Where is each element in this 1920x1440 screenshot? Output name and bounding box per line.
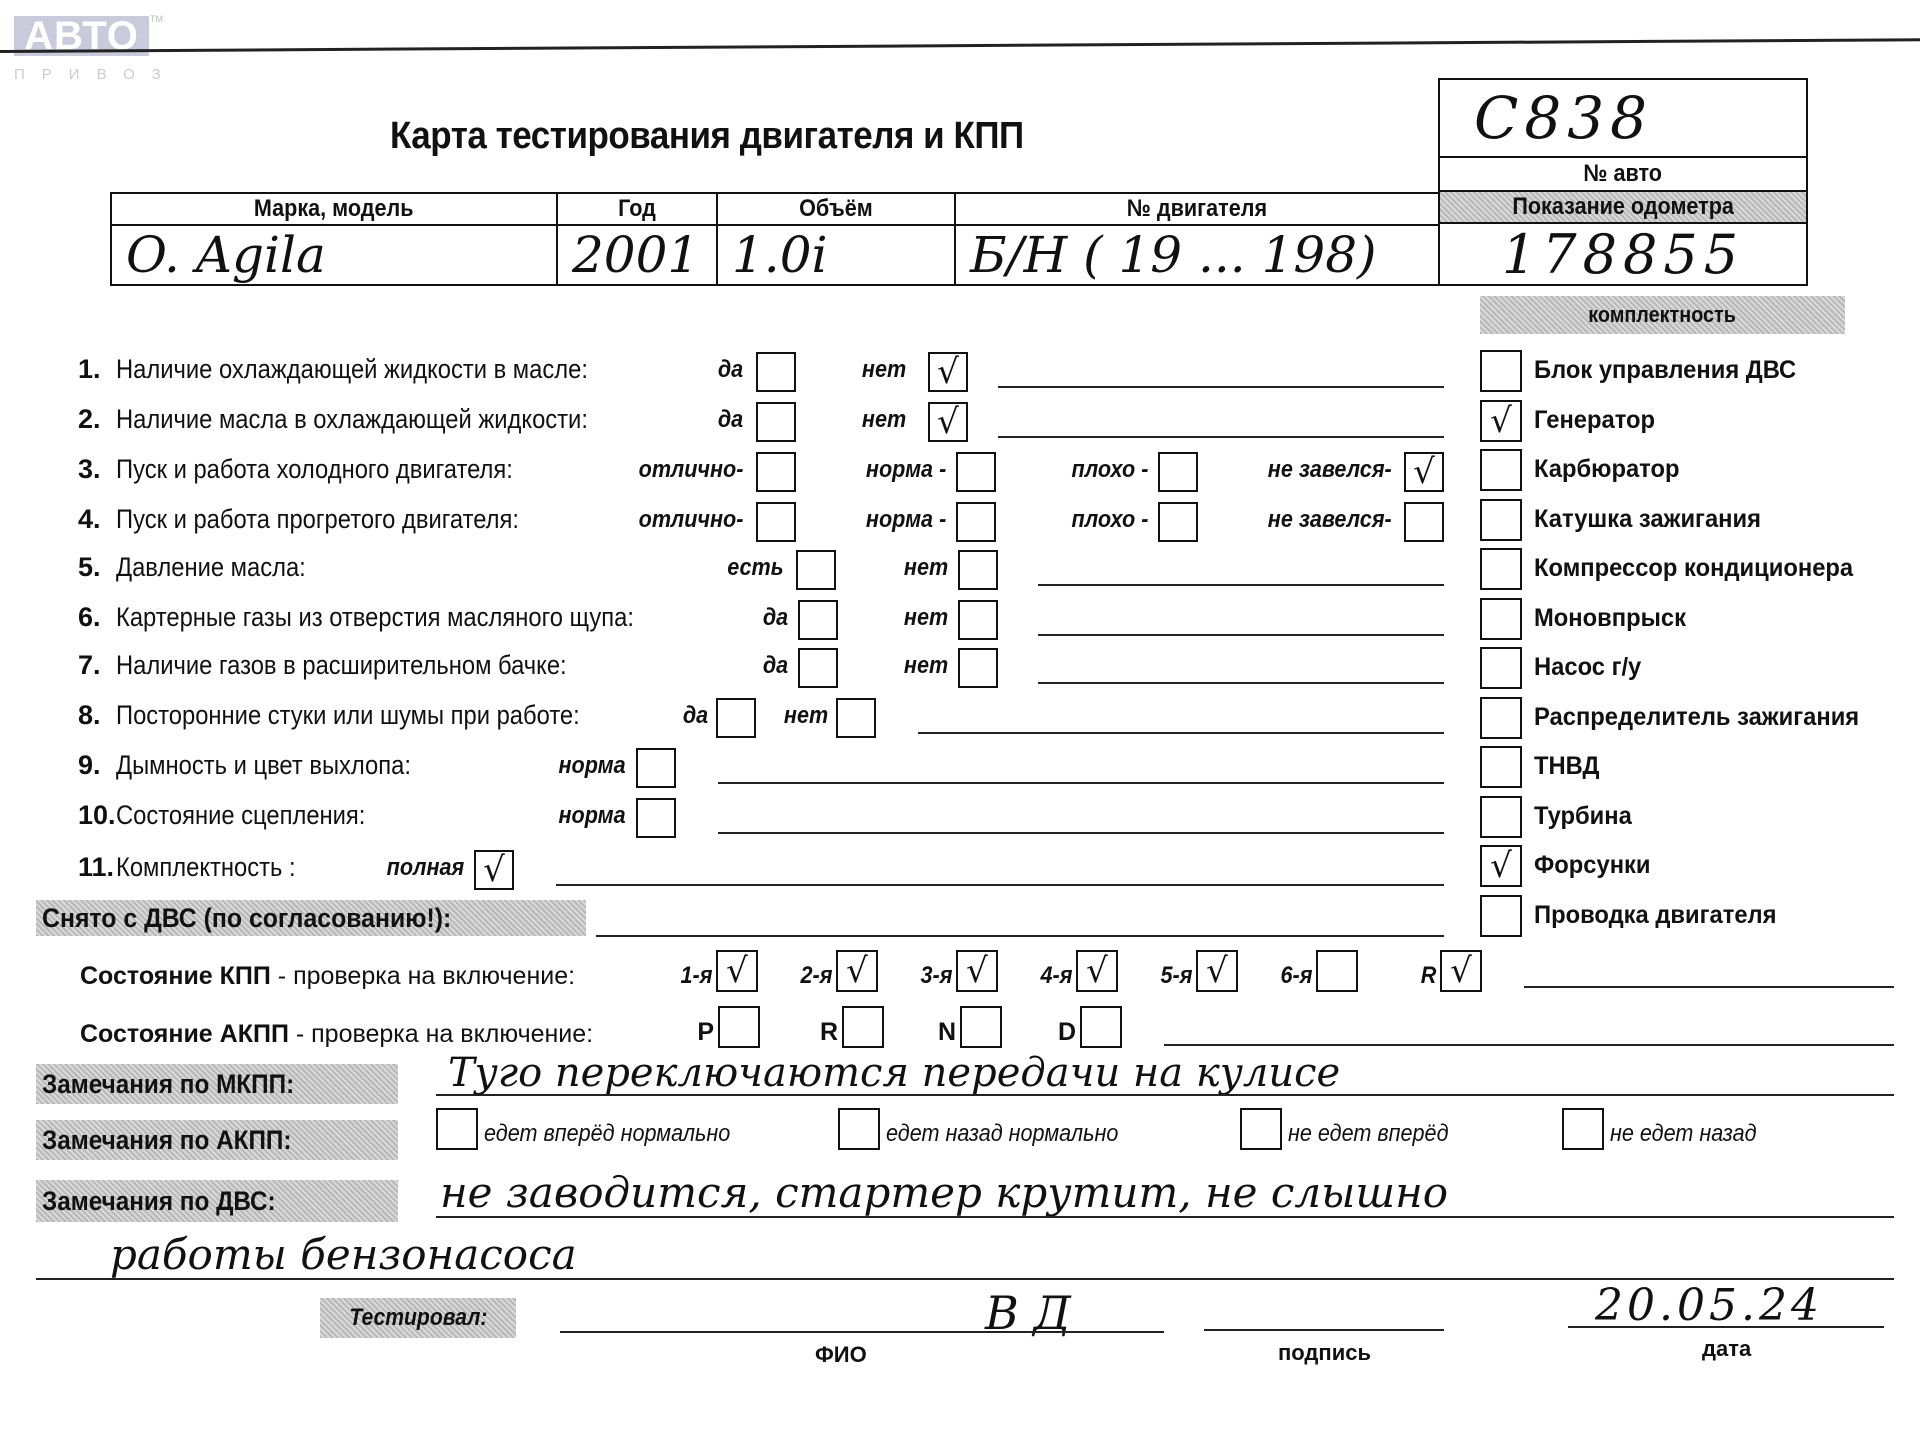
question-number: 10.: [78, 800, 116, 831]
option-label: да: [718, 406, 743, 434]
completeness-checkbox[interactable]: [1480, 746, 1522, 788]
completeness-item-label: Проводка двигателя: [1534, 901, 1777, 930]
auto-remark-label: едет назад нормально: [886, 1120, 1118, 1148]
tester-name-caption: ФИО: [815, 1342, 867, 1368]
remarks-auto-label: Замечания по АКПП:: [42, 1125, 291, 1156]
auto-gearbox-label: Состояние АКПП - проверка на включение:: [80, 1020, 593, 1049]
option-label: нет: [862, 406, 906, 434]
removed-parts-field[interactable]: [596, 935, 1444, 937]
check-mark-icon: √: [1490, 849, 1512, 883]
table-header-label: Марка, модель: [254, 195, 414, 223]
completeness-item-label: Насос г/у: [1534, 653, 1641, 682]
completeness-item-label: Карбюратор: [1534, 455, 1680, 484]
completeness-item-label: Генератор: [1534, 406, 1655, 435]
option-checkbox[interactable]: [756, 452, 796, 492]
auto-mode-checkbox[interactable]: [718, 1006, 760, 1048]
question-text: Посторонние стуки или шумы при работе:: [116, 700, 580, 731]
notes-field[interactable]: [998, 386, 1444, 388]
test-date-value[interactable]: 20.05.24: [1595, 1280, 1823, 1331]
question-number: 7.: [78, 650, 101, 681]
option-checkbox[interactable]: [756, 352, 796, 392]
table-header-cell: Марка, модель: [110, 192, 558, 226]
tester-name-field: [560, 1331, 1164, 1333]
check-mark-icon: √: [1086, 954, 1108, 988]
odometer-header-cell: Показание одометра: [1438, 190, 1808, 224]
notes-field[interactable]: [1038, 584, 1444, 586]
gear-checkbox[interactable]: √: [1196, 950, 1238, 992]
option-checkbox[interactable]: [636, 748, 676, 788]
check-mark-icon: √: [937, 405, 959, 439]
gear-checkbox[interactable]: √: [836, 950, 878, 992]
notes-field[interactable]: [718, 832, 1444, 834]
option-checkbox[interactable]: [958, 550, 998, 590]
gear-label: 1-я: [680, 962, 712, 990]
check-mark-icon: √: [1206, 954, 1228, 988]
top-divider: [0, 38, 1920, 53]
completeness-title: комплектность: [1589, 302, 1737, 328]
gear-checkbox[interactable]: √: [1440, 950, 1482, 992]
gear-checkbox[interactable]: [1316, 950, 1358, 992]
option-checkbox[interactable]: [956, 502, 996, 542]
auto-mode-checkbox[interactable]: [1080, 1006, 1122, 1048]
gear-checkbox[interactable]: √: [956, 950, 998, 992]
manual-gearbox-label-bold: Состояние КПП: [80, 962, 271, 990]
table-header-cell: № двигателя: [954, 192, 1440, 226]
auto-gearbox-label-bold: Состояние АКПП: [80, 1020, 289, 1048]
option-label: нет: [904, 652, 948, 680]
option-checkbox[interactable]: [956, 452, 996, 492]
test-date-caption: дата: [1702, 1336, 1751, 1362]
auto-remark-label: не едет назад: [1610, 1120, 1757, 1148]
option-label: норма: [559, 752, 626, 780]
notes-field[interactable]: [556, 884, 1444, 886]
option-checkbox[interactable]: [1158, 452, 1198, 492]
remarks-engine-line1[interactable]: не заводится, стартер крутит, не слышно: [440, 1168, 1448, 1217]
check-mark-icon: √: [726, 954, 748, 988]
completeness-checkbox[interactable]: √: [1480, 845, 1522, 887]
manual-gearbox-notes-field[interactable]: [1524, 986, 1894, 988]
car-number-cell: C838: [1438, 78, 1808, 158]
option-checkbox[interactable]: [1158, 502, 1198, 542]
question-text: Пуск и работа холодного двигателя:: [116, 454, 513, 485]
option-label: нет: [784, 702, 828, 730]
remarks-auto-label-box: Замечания по АКПП:: [36, 1120, 398, 1160]
remarks-manual-underline: [436, 1094, 1894, 1096]
completeness-checkbox[interactable]: [1480, 548, 1522, 590]
table-value-cell[interactable]: Б/Н ( 19 ... 198): [954, 224, 1440, 286]
option-label: да: [683, 702, 708, 730]
auto-remark-checkbox[interactable]: [1562, 1108, 1604, 1150]
remarks-manual-label: Замечания по МКПП:: [42, 1069, 294, 1100]
question-number: 5.: [78, 552, 101, 583]
auto-gearbox-label-rest: - проверка на включение:: [289, 1020, 593, 1048]
table-header-label: Объём: [799, 195, 873, 223]
option-checkbox[interactable]: [836, 698, 876, 738]
option-label: плохо -: [1071, 506, 1148, 534]
auto-mode-checkbox[interactable]: [842, 1006, 884, 1048]
auto-remark-label: едет вперёд нормально: [484, 1120, 730, 1148]
completeness-item-label: Форсунки: [1534, 851, 1651, 880]
option-checkbox[interactable]: [636, 798, 676, 838]
question-text: Картерные газы из отверстия масляного щу…: [116, 602, 634, 633]
gear-checkbox[interactable]: √: [716, 950, 758, 992]
completeness-checkbox[interactable]: √: [1480, 400, 1522, 442]
question-text: Комплектность :: [116, 852, 296, 883]
option-checkbox[interactable]: [756, 502, 796, 542]
option-label: не завелся-: [1268, 506, 1392, 534]
car-number-label-cell: № авто: [1438, 156, 1808, 192]
option-checkbox[interactable]: √: [474, 850, 514, 890]
question-text: Наличие масла в охлаждающей жидкости:: [116, 404, 588, 435]
option-label: норма: [559, 802, 626, 830]
completeness-checkbox[interactable]: [1480, 598, 1522, 640]
option-checkbox[interactable]: [958, 600, 998, 640]
check-mark-icon: √: [966, 954, 988, 988]
manual-gearbox-label: Состояние КПП - проверка на включение:: [80, 962, 575, 991]
auto-mode-label: D: [1058, 1018, 1076, 1047]
option-label: отлично-: [638, 456, 743, 484]
auto-gearbox-notes-field[interactable]: [1164, 1044, 1894, 1046]
remarks-engine-line2[interactable]: работы бензонасоса: [110, 1230, 577, 1279]
tester-signature-field: [1204, 1329, 1444, 1331]
trademark-mark: TM: [150, 14, 163, 24]
question-text: Наличие охлаждающей жидкости в масле:: [116, 354, 588, 385]
question-text: Пуск и работа прогретого двигателя:: [116, 504, 519, 535]
page-title: Карта тестирования двигателя и КПП: [390, 115, 1024, 158]
option-label: норма -: [866, 456, 946, 484]
question-number: 3.: [78, 454, 101, 485]
auto-remark-checkbox[interactable]: [436, 1108, 478, 1150]
remarks-manual-value[interactable]: Туго переключаются передачи на кулисе: [448, 1050, 1340, 1096]
option-label: да: [763, 652, 788, 680]
tester-signature-caption: подпись: [1278, 1340, 1371, 1366]
odometer-value-cell: 178855: [1438, 222, 1808, 286]
option-label: норма -: [866, 506, 946, 534]
question-number: 8.: [78, 700, 101, 731]
completeness-checkbox[interactable]: [1480, 350, 1522, 392]
remarks-engine-underline-1: [436, 1216, 1894, 1218]
option-checkbox[interactable]: [798, 648, 838, 688]
remarks-engine-label: Замечания по ДВС:: [42, 1186, 276, 1217]
notes-field[interactable]: [718, 782, 1444, 784]
completeness-checkbox[interactable]: [1480, 647, 1522, 689]
option-label: есть: [728, 554, 784, 582]
completeness-item-label: Моновпрыск: [1534, 604, 1686, 633]
option-label: отлично-: [638, 506, 743, 534]
completeness-checkbox[interactable]: [1480, 796, 1522, 838]
question-number: 9.: [78, 750, 101, 781]
option-label: полная: [386, 854, 464, 882]
gear-label: 6-я: [1280, 962, 1312, 990]
completeness-item-label: Распределитель зажигания: [1534, 703, 1859, 732]
option-checkbox[interactable]: [796, 550, 836, 590]
notes-field[interactable]: [918, 732, 1444, 734]
check-mark-icon: √: [483, 853, 505, 887]
table-value-cell[interactable]: 2001: [556, 224, 718, 286]
auto-mode-label: P: [697, 1018, 714, 1047]
notes-field[interactable]: [998, 436, 1444, 438]
gear-label: 4-я: [1040, 962, 1072, 990]
auto-remark-checkbox[interactable]: [838, 1108, 880, 1150]
check-mark-icon: √: [846, 954, 868, 988]
question-text: Наличие газов в расширительном бачке:: [116, 650, 567, 681]
auto-mode-checkbox[interactable]: [960, 1006, 1002, 1048]
question-number: 1.: [78, 354, 101, 385]
tested-by-label: Тестировал:: [349, 1304, 487, 1332]
question-number: 6.: [78, 602, 101, 633]
check-mark-icon: √: [1413, 455, 1435, 489]
gear-label: R: [1420, 962, 1436, 990]
completeness-checkbox[interactable]: [1480, 449, 1522, 491]
completeness-checkbox[interactable]: [1480, 697, 1522, 739]
auto-mode-label: N: [938, 1018, 956, 1047]
table-value: O. Agila: [126, 226, 326, 284]
completeness-checkbox[interactable]: [1480, 895, 1522, 937]
check-mark-icon: √: [1450, 954, 1472, 988]
question-text: Состояние сцепления:: [116, 800, 365, 831]
table-header-cell: Объём: [716, 192, 956, 226]
remarks-manual-label-box: Замечания по МКПП:: [36, 1064, 398, 1104]
option-label: да: [763, 604, 788, 632]
option-checkbox[interactable]: √: [1404, 452, 1444, 492]
option-label: плохо -: [1071, 456, 1148, 484]
option-checkbox[interactable]: [756, 402, 796, 442]
option-checkbox[interactable]: [1404, 502, 1444, 542]
car-number-value: C838: [1474, 84, 1653, 152]
check-mark-icon: √: [937, 355, 959, 389]
completeness-header: комплектность: [1480, 296, 1845, 334]
completeness-item-label: Компрессор кондиционера: [1534, 554, 1853, 583]
question-number: 11.: [78, 852, 114, 883]
option-checkbox[interactable]: √: [928, 402, 968, 442]
check-mark-icon: √: [1490, 404, 1512, 438]
question-text: Дымность и цвет выхлопа:: [116, 750, 411, 781]
gear-label: 5-я: [1160, 962, 1192, 990]
option-checkbox[interactable]: [958, 648, 998, 688]
removed-parts-label-box: Снято с ДВС (по согласованию!):: [36, 900, 586, 936]
table-value: 1.0i: [732, 226, 828, 284]
gear-checkbox[interactable]: √: [1076, 950, 1118, 992]
removed-parts-label: Снято с ДВС (по согласованию!):: [42, 903, 451, 934]
tested-by-label-box: Тестировал:: [320, 1298, 516, 1338]
manual-gearbox-label-rest: - проверка на включение:: [271, 962, 575, 990]
completeness-item-label: ТНВД: [1534, 752, 1599, 781]
question-text: Давление масла:: [116, 552, 306, 583]
completeness-item-label: Катушка зажигания: [1534, 505, 1761, 534]
car-number-label: № авто: [1584, 160, 1663, 188]
completeness-checkbox[interactable]: [1480, 499, 1522, 541]
auto-mode-label: R: [820, 1018, 838, 1047]
remarks-engine-label-box: Замечания по ДВС:: [36, 1180, 398, 1222]
table-value-cell[interactable]: 1.0i: [716, 224, 956, 286]
option-label: не завелся-: [1268, 456, 1392, 484]
option-checkbox[interactable]: [716, 698, 756, 738]
odometer-value: 178855: [1502, 223, 1744, 286]
gear-label: 3-я: [920, 962, 952, 990]
table-header-cell: Год: [556, 192, 718, 226]
auto-remark-checkbox[interactable]: [1240, 1108, 1282, 1150]
auto-remark-label: не едет вперёд: [1288, 1120, 1449, 1148]
brand-logo-subtitle: ПРИВОЗ: [14, 66, 178, 83]
notes-field[interactable]: [1038, 682, 1444, 684]
option-label: нет: [862, 356, 906, 384]
completeness-item-label: Блок управления ДВС: [1534, 356, 1796, 385]
gear-label: 2-я: [800, 962, 832, 990]
test-date-field: [1568, 1326, 1884, 1328]
option-label: да: [718, 356, 743, 384]
option-checkbox[interactable]: √: [928, 352, 968, 392]
notes-field[interactable]: [1038, 634, 1444, 636]
question-number: 4.: [78, 504, 101, 535]
odometer-label: Показание одометра: [1512, 193, 1734, 221]
table-value: Б/Н ( 19 ... 198): [970, 226, 1377, 284]
completeness-item-label: Турбина: [1534, 802, 1632, 831]
table-header-label: № двигателя: [1127, 195, 1267, 223]
question-number: 2.: [78, 404, 101, 435]
table-header-label: Год: [618, 195, 656, 223]
table-value-cell[interactable]: O. Agila: [110, 224, 558, 286]
table-value: 2001: [572, 226, 699, 284]
option-label: нет: [904, 604, 948, 632]
option-label: нет: [904, 554, 948, 582]
option-checkbox[interactable]: [798, 600, 838, 640]
